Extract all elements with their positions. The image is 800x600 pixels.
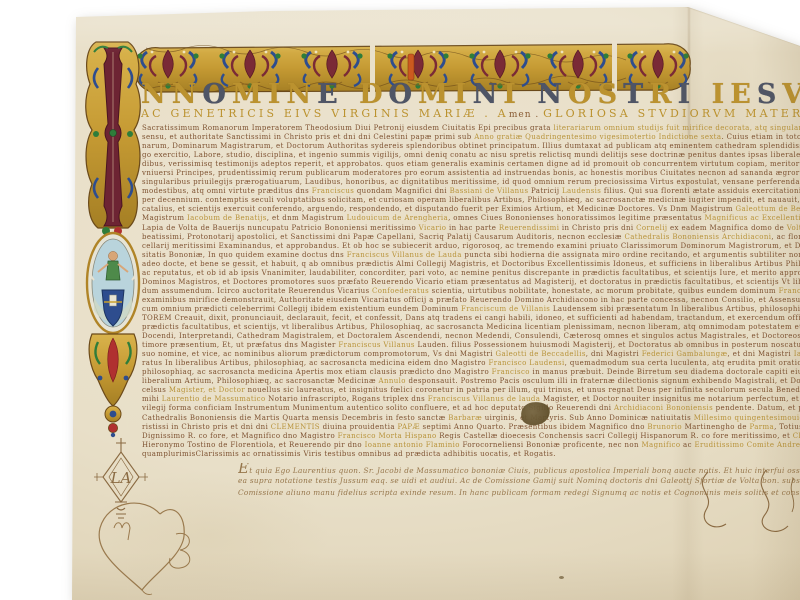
body-line: cellarij meritissimi Examinandus, et app… (142, 242, 800, 251)
body-line: Docendi, Interpretandi, Cathedram Magist… (142, 332, 800, 341)
title-letter: N (286, 79, 317, 110)
title-line: NNOMINE DOMINI NOSTRI IESV CH (141, 79, 800, 110)
title-letter: I (268, 79, 287, 110)
notary-mark-la-lozenge: LA (92, 436, 150, 522)
wax-seal-residue (520, 400, 552, 427)
title-letter: N (537, 79, 568, 110)
body-line: singularibus priuilegijs prærogatiuarum,… (142, 178, 800, 187)
title-letter: I (503, 79, 522, 110)
stain (560, 220, 760, 440)
body-line: Dignissimo R. co fore, et Magnifico dno … (142, 432, 800, 441)
body-line: Magistrum Iacobum de Benatijs, et dnm Ma… (142, 214, 800, 223)
body-line: sensu, et authoritate Sanctissimi in Chr… (142, 133, 800, 142)
title-letter (696, 79, 711, 110)
body-line: Cathedralis Bononiensis die Martis Quart… (142, 414, 800, 423)
title-letter: N (141, 79, 172, 110)
stain (660, 40, 780, 240)
title-letter (522, 79, 537, 110)
title-letter: D (359, 79, 388, 110)
title-letter: I (454, 79, 473, 110)
body-line: mihi Laurentio de Massumatico Notario in… (142, 395, 800, 404)
subtitle-segment: men (509, 110, 532, 120)
illuminated-initial-I (84, 38, 142, 438)
body-line: beatissimi, Protonotarij apostolici, et … (142, 233, 800, 242)
title-letter: R (649, 79, 677, 110)
title-letter: O (568, 79, 598, 110)
subtitle-segment: . A (478, 107, 509, 120)
pen-signature-flourish (686, 468, 800, 542)
notarial-line: Et quia Ego Laurentius quon. Sr. Jacobi … (238, 463, 800, 475)
body-line: Hieronymo Tostino de Florentiola, et Reu… (142, 441, 800, 450)
title-letter: S (598, 79, 624, 110)
body-line: catalius, et scientijs exercuit conferen… (142, 205, 800, 214)
notarial-subscription: Et quia Ego Laurentius quon. Sr. Jacobi … (238, 463, 800, 499)
body-text: Sacratissimum Romanorum Imperatorem Theo… (142, 124, 800, 462)
title-letter: E (730, 79, 757, 110)
body-line: modestibus, atq omni virtute præditus dn… (142, 187, 800, 196)
stain (90, 470, 330, 600)
body-line: per decennium. contemptis seculi volupta… (142, 196, 800, 205)
body-line: quamplurimisClarissimis ac ornatissimis … (142, 450, 800, 459)
title-letter: M (418, 79, 454, 110)
subtitle-segment: AC GENETRICIS EIVS VIRGINIS MARIÆ (141, 107, 478, 120)
title-letter: I (678, 79, 697, 110)
title-letter (344, 79, 359, 110)
acanthus-scroll-band (126, 40, 698, 98)
body-line: dum assumendum. Icirco auctoritate Reuer… (142, 287, 800, 296)
title-letter: T (623, 79, 649, 110)
title-letter: E (317, 79, 344, 110)
body-line: vniuersi Principes, prudentissimiq rerum… (142, 169, 800, 178)
body-line: celsus Magister, et Doctor nouellus sic … (142, 386, 800, 395)
body-line: prædictis facultatibus, et scientijs, vt… (142, 323, 800, 332)
body-line: adeo docte, et bene se gessit, et habuit… (142, 260, 800, 269)
body-line: Sacratissimum Romanorum Imperatorem Theo… (142, 124, 800, 133)
title-letter: N (473, 79, 504, 110)
notarial-line: Comissione aliuno manu fidelius scripta … (238, 487, 800, 499)
body-line: cum omnium prædicti celeberrimi Collegij… (142, 305, 800, 314)
title-letter: S (757, 79, 783, 110)
body-line: Dominos Magistros, et Doctores promotore… (142, 278, 800, 287)
crease-fold (683, 4, 800, 47)
body-line: suo nomine, et vice, ac nominibus alioru… (142, 350, 800, 359)
crease-fold (688, 8, 690, 138)
parchment-wrap: NNOMINE DOMINI NOSTRI IESV CH AC GENETRI… (0, 0, 800, 600)
title-letter: M (232, 79, 268, 110)
body-line: dibus, verissimisq testimonijs adeptos r… (142, 160, 800, 169)
body-line: ristissi in Christo pris et dni dni CLEM… (142, 423, 800, 432)
subtitle-segment: . (532, 110, 544, 120)
subtitle-segment: GLORIOSA STVDIORVM MATER BONONIA (543, 107, 800, 120)
body-line: ac reputatus, et ob id ab ipsis Vnanimit… (142, 269, 800, 278)
body-line: TOREM Creauit, dixit, pronunciauit, decl… (142, 314, 800, 323)
body-line: narum, Dominarum Magistrarum, et Doctoru… (142, 142, 800, 151)
manuscript-photo: NNOMINE DOMINI NOSTRI IESV CH AC GENETRI… (0, 0, 800, 600)
notarial-line: ea supra notatione testis Jussum eaq. se… (238, 475, 800, 487)
body-line: go exercitio, Labore, studio, disciplina… (142, 151, 800, 160)
stain (300, 120, 600, 300)
title-letter: V (782, 79, 800, 110)
subtitle-line: AC GENETRICIS EIVS VIRGINIS MARIÆ . Amen… (141, 107, 800, 120)
title-letter: O (389, 79, 419, 110)
pen-heart-flourish (84, 494, 254, 598)
body-line: ratus In liberalibus Artibus, philosophi… (142, 359, 800, 368)
body-line: Lapia de Volta de Bauerijs nuncupatu Pat… (142, 224, 800, 233)
body-line: examinibus mirifice demonstrauit, Author… (142, 296, 800, 305)
body-line: sitatis Bononiæ, In quo quidem examine d… (142, 251, 800, 260)
body-line: liberalium Artium, Philosophiæq, ac sacr… (142, 377, 800, 386)
body-line: vilegij forma conficiam Instrumentum Mun… (142, 404, 800, 413)
title-letter: O (202, 79, 232, 110)
parchment: NNOMINE DOMINI NOSTRI IESV CH AC GENETRI… (0, 0, 800, 600)
body-line: timore præsentium, Et, ut præfatus dns M… (142, 341, 800, 350)
body-line: philosophiaq, ac sacrosancta medicina Ap… (142, 368, 800, 377)
ink-speck (559, 576, 564, 579)
svg-text:LA: LA (110, 469, 132, 487)
title-letter: N (172, 79, 203, 110)
title-letter: I (712, 79, 731, 110)
